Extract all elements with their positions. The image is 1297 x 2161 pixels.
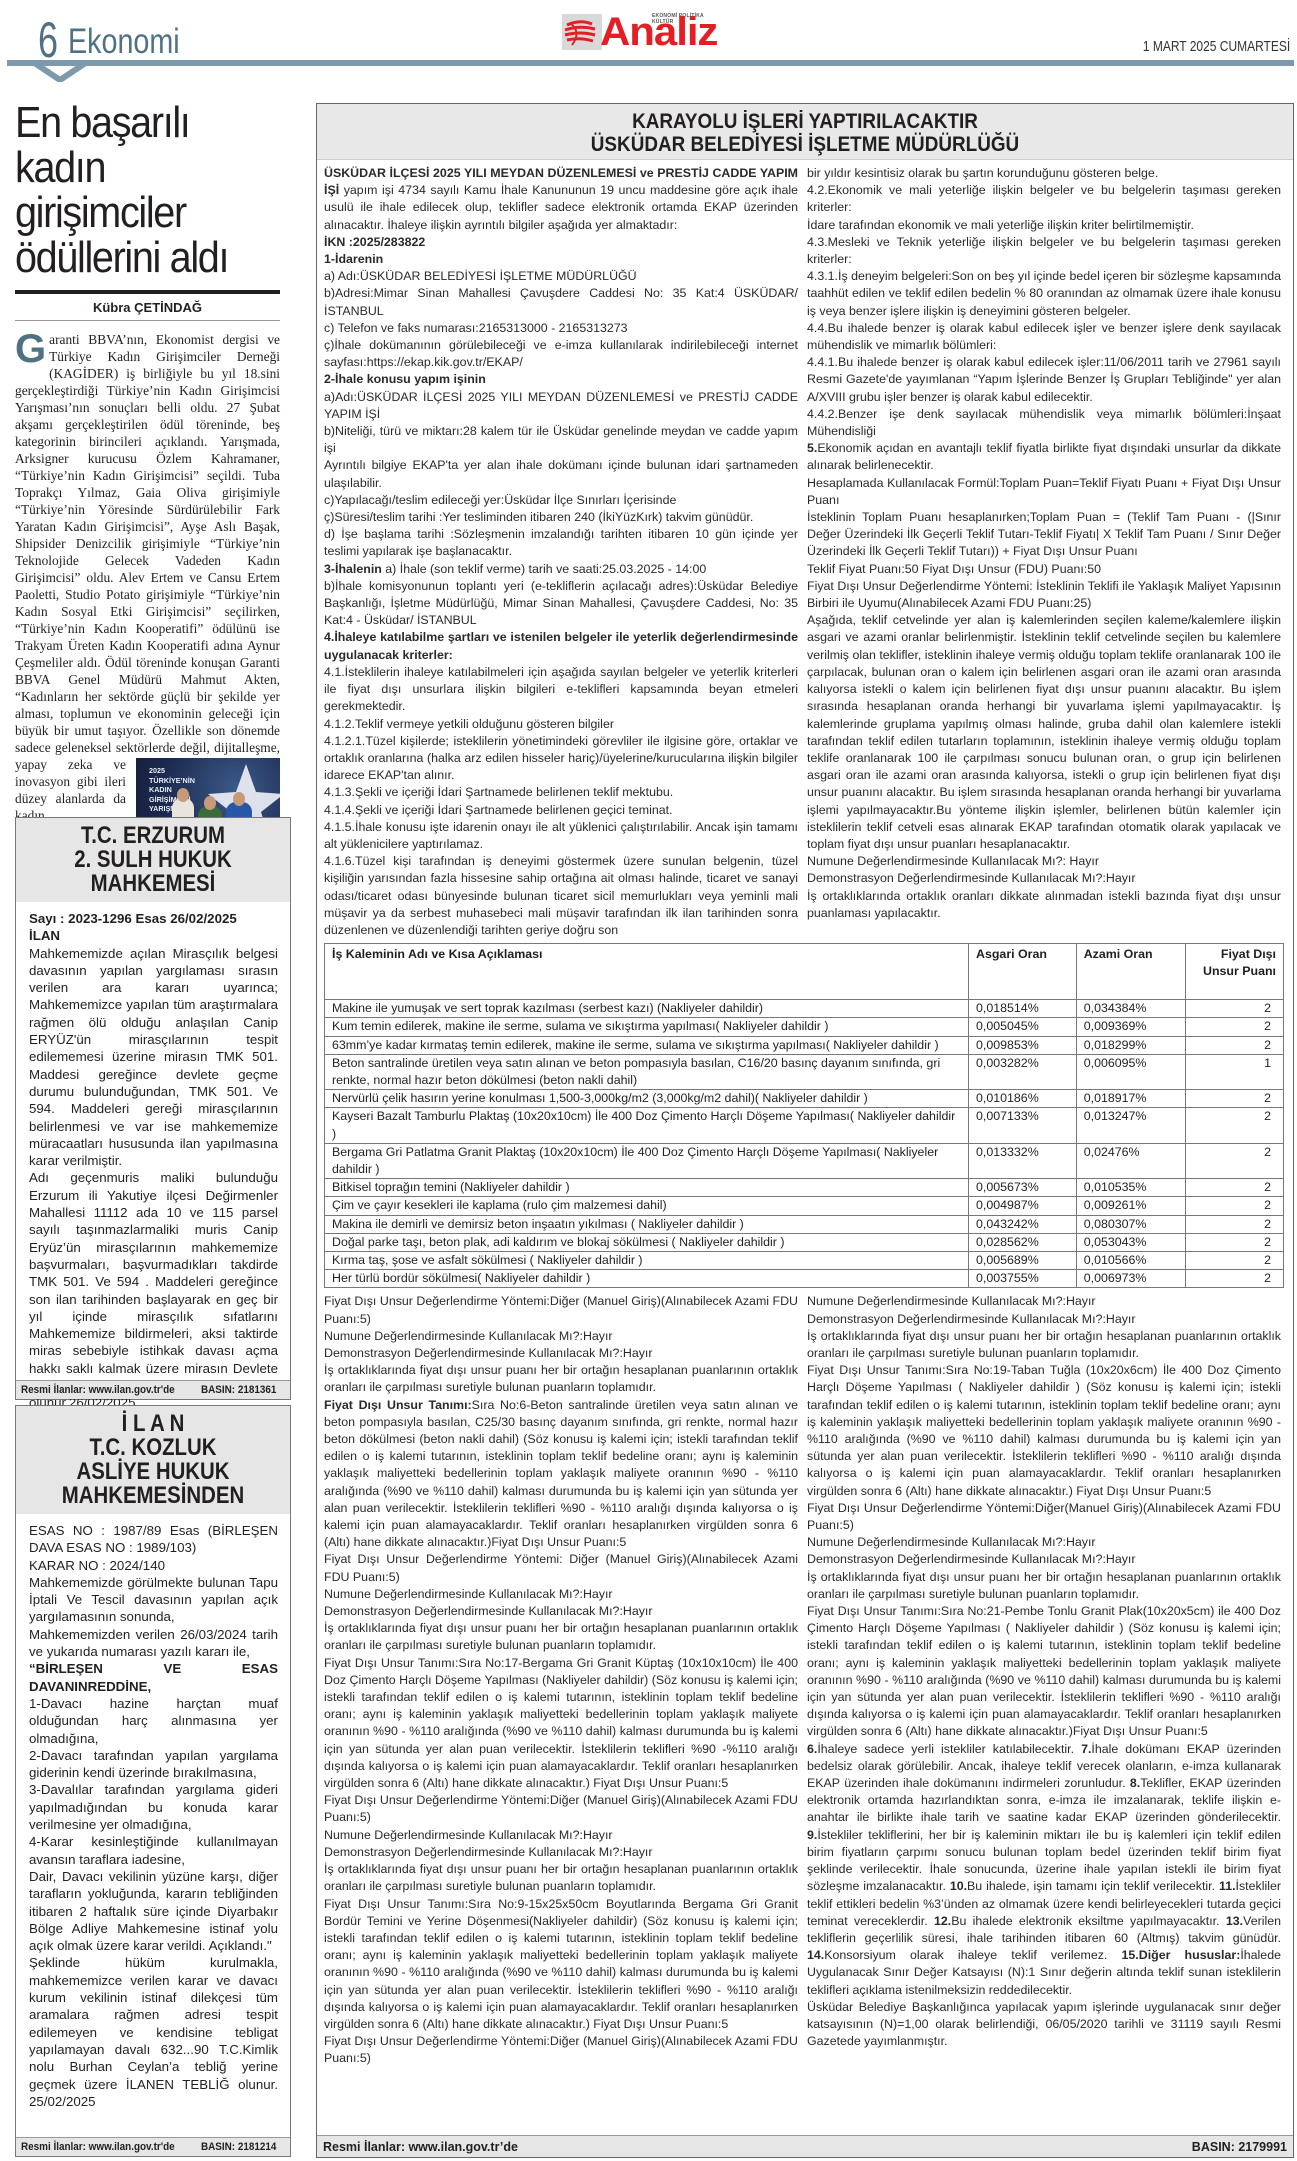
table-cell-name: Bergama Gri Patlatma Granit Plaktaş (10x… xyxy=(325,1143,969,1178)
headline-line: En başarılı kadın xyxy=(15,100,285,190)
newspaper-logo: Analiz EKONOMİ POLİTİKA KÜLTÜR xyxy=(562,14,712,50)
table-cell-pts: 2 xyxy=(1185,1143,1283,1178)
verdict-item: 2-Davacı tarafından yapılan yargılama gi… xyxy=(29,1747,278,1782)
table-cell-pts: 2 xyxy=(1185,1215,1283,1233)
table-cell-min: 0,018514% xyxy=(969,1000,1077,1018)
table-cell-pts: 2 xyxy=(1185,1270,1283,1288)
table-cell-name: Doğal parke taşı, beton plak, adi kaldır… xyxy=(325,1233,969,1251)
table-cell-pts: 2 xyxy=(1185,1036,1283,1054)
notice-line: Mahkememizden verilen 26/03/2024 tarih v… xyxy=(29,1626,278,1661)
tender-ikn: İKN :2025/283822 xyxy=(324,234,798,251)
table-cell-name: Beton santralinde üretilen veya satın al… xyxy=(325,1054,969,1089)
work-items-table: İş Kaleminin Adı ve Kısa Açıklaması Asga… xyxy=(324,943,1284,1288)
table-cell-name: Makina ile demirli ve demirsiz beton inş… xyxy=(325,1215,969,1233)
press-number: BASIN: 2181214 xyxy=(201,2141,276,2153)
table-cell-max: 0,010535% xyxy=(1076,1179,1185,1197)
press-number: BASIN: 2181361 xyxy=(201,1384,276,1396)
verdict-item: 4-Karar kesinleştiğinde kullanılmayan av… xyxy=(29,1833,278,1868)
notice-title: T.C. ERZURUM 2. SULH HUKUK MAHKEMESİ xyxy=(16,818,290,902)
drop-cap: G xyxy=(15,332,46,366)
notice-line: Mahkememizde görülmekte bulunan Tapu İpt… xyxy=(29,1574,278,1626)
table-cell-name: Nervürlü çelik hasırın yerine konulması … xyxy=(325,1090,969,1108)
notice-paragraph: Mahkememizde açılan Mirasçılık belgesi d… xyxy=(29,945,278,1170)
table-cell-min: 0,003282% xyxy=(969,1054,1077,1089)
table-cell-max: 0,009369% xyxy=(1076,1018,1185,1036)
table-cell-max: 0,006095% xyxy=(1076,1054,1185,1089)
table-cell-max: 0,018917% xyxy=(1076,1090,1185,1108)
headline-line: ödüllerini aldı xyxy=(15,235,285,280)
verdict-item: 3-Davalılar tarafından yargılama gideri … xyxy=(29,1781,278,1833)
table-row: Kırma taş, şose ve asfalt sökülmesi ( Na… xyxy=(325,1251,1284,1269)
table-cell-max: 0,006973% xyxy=(1076,1270,1185,1288)
headline-rule xyxy=(15,290,280,294)
table-row: Doğal parke taşı, beton plak, adi kaldır… xyxy=(325,1233,1284,1251)
table-cell-max: 0,053043% xyxy=(1076,1233,1185,1251)
erzurum-court-notice: T.C. ERZURUM 2. SULH HUKUK MAHKEMESİ Say… xyxy=(15,817,291,1400)
article: En başarılı kadın girişimciler ödüllerin… xyxy=(15,100,280,875)
table-cell-pts: 2 xyxy=(1185,1090,1283,1108)
headline-line: girişimciler xyxy=(15,190,285,235)
table-cell-min: 0,010186% xyxy=(969,1090,1077,1108)
table-cell-min: 0,013332% xyxy=(969,1143,1077,1178)
table-row: Beton santralinde üretilen veya satın al… xyxy=(325,1054,1284,1089)
section-title: Ekonomi xyxy=(68,22,180,62)
article-headline: En başarılı kadın girişimciler ödüllerin… xyxy=(15,100,285,280)
table-cell-min: 0,043242% xyxy=(969,1215,1077,1233)
tender-lower-columns: Fiyat Dışı Unsur Değerlendirme Yöntemi:D… xyxy=(317,1288,1293,2067)
table-cell-name: Bitkisel toprağın temini (Nakliyeler dah… xyxy=(325,1179,969,1197)
person-head xyxy=(204,796,216,810)
table-cell-min: 0,005689% xyxy=(969,1251,1077,1269)
tender-upper-columns: ÜSKÜDAR İLÇESİ 2025 YILI MEYDAN DÜZENLEM… xyxy=(317,160,1293,939)
table-cell-min: 0,004987% xyxy=(969,1197,1077,1215)
header-rule xyxy=(7,60,1294,66)
notice-line: ESAS NO : 1987/89 Esas (BİRLEŞEN DAVA ES… xyxy=(29,1522,278,1557)
kozluk-court-notice: İ L A N T.C. KOZLUK ASLİYE HUKUK MAHKEME… xyxy=(15,1405,291,2157)
verdict-item: Dair, Davacı vekilinin yüzüne karşı, diğ… xyxy=(29,1868,278,1954)
table-cell-min: 0,003755% xyxy=(969,1270,1077,1288)
verdict-item: 1-Davacı hazine harçtan muaf olduğundan … xyxy=(29,1695,278,1747)
table-row: Kayseri Bazalt Tamburlu Plaktaş (10x20x1… xyxy=(325,1108,1284,1143)
table-header: İş Kaleminin Adı ve Kısa Açıklaması Asga… xyxy=(325,944,1284,1000)
table-cell-name: Çim ve çayır kesekleri ile kaplama (rulo… xyxy=(325,1197,969,1215)
table-cell-max: 0,080307% xyxy=(1076,1215,1185,1233)
table-row: 63mm’ye kadar kırmataş temin edilerek, m… xyxy=(325,1036,1284,1054)
table-cell-min: 0,007133% xyxy=(969,1108,1077,1143)
article-body: Garanti BBVA’nın, Ekonomist dergisi ve T… xyxy=(15,331,280,875)
table-cell-min: 0,005045% xyxy=(969,1018,1077,1036)
table-cell-pts: 2 xyxy=(1185,1179,1283,1197)
person-head xyxy=(177,788,189,802)
notice-body: ESAS NO : 1987/89 Esas (BİRLEŞEN DAVA ES… xyxy=(16,1514,290,2116)
table-cell-max: 0,013247% xyxy=(1076,1108,1185,1143)
case-number: Sayı : 2023-1296 Esas 26/02/2025 xyxy=(29,910,278,927)
table-row: Çim ve çayır kesekleri ile kaplama (rulo… xyxy=(325,1197,1284,1215)
table-cell-pts: 2 xyxy=(1185,1197,1283,1215)
table-cell-name: Kayseri Bazalt Tamburlu Plaktaş (10x20x1… xyxy=(325,1108,969,1143)
tender-footer: Resmi İlanlar: www.ilan.gov.tr’de BASIN:… xyxy=(317,2135,1293,2157)
table-cell-max: 0,018299% xyxy=(1076,1036,1185,1054)
official-ads-link[interactable]: Resmi İlanlar: www.ilan.gov.tr'de xyxy=(21,2141,175,2153)
person-head xyxy=(233,792,245,806)
table-row: Makina ile demirli ve demirsiz beton inş… xyxy=(325,1215,1284,1233)
table-cell-min: 0,028562% xyxy=(969,1233,1077,1251)
table-cell-max: 0,009261% xyxy=(1076,1197,1185,1215)
tender-notice: KARAYOLU İŞLERİ YAPTIRILACAKTIR ÜSKÜDAR … xyxy=(316,103,1294,2158)
tender-left-column: ÜSKÜDAR İLÇESİ 2025 YILI MEYDAN DÜZENLEM… xyxy=(324,165,798,939)
notice-footer: Resmi İlanlar: www.ilan.gov.tr'de BASIN:… xyxy=(16,2137,290,2156)
tender-lower-right: Numune Değerlendirmesinde Kullanılacak M… xyxy=(807,1293,1281,2067)
notice-title: İ L A N T.C. KOZLUK ASLİYE HUKUK MAHKEME… xyxy=(16,1406,290,1514)
table-cell-name: Her türlü bordür sökülmesi( Nakliyeler d… xyxy=(325,1270,969,1288)
table-cell-pts: 2 xyxy=(1185,1233,1283,1251)
tender-final-clauses: 6.İhaleye sadece yerli istekliler katıla… xyxy=(807,1741,1281,1999)
byline: Kübra ÇETİNDAĞ xyxy=(15,300,280,321)
official-ads-link[interactable]: Resmi İlanlar: www.ilan.gov.tr’de xyxy=(323,2140,518,2154)
verdict-heading: “BİRLEŞEN VE ESAS DAVANINREDDİNE, xyxy=(29,1660,278,1695)
table-cell-pts: 2 xyxy=(1185,1251,1283,1269)
table-row: Makine ile yumuşak ve sert toprak kazılm… xyxy=(325,1000,1284,1018)
globe-icon xyxy=(562,15,598,49)
notice-paragraph: Adı geçenmuris maliki bulunduğu Erzurum … xyxy=(29,1169,278,1411)
table-cell-name: 63mm’ye kadar kırmataş temin edilerek, m… xyxy=(325,1036,969,1054)
table-cell-pts: 2 xyxy=(1185,1018,1283,1036)
tender-title: KARAYOLU İŞLERİ YAPTIRILACAKTIR ÜSKÜDAR … xyxy=(317,104,1293,160)
verdict-item: Şeklinde hüküm kurulmakla, mahkememizce … xyxy=(29,1954,278,2110)
table-cell-max: 0,010566% xyxy=(1076,1251,1185,1269)
table-cell-name: Kırma taş, şose ve asfalt sökülmesi ( Na… xyxy=(325,1251,969,1269)
table-cell-min: 0,009853% xyxy=(969,1036,1077,1054)
table-row: Bitkisel toprağın temini (Nakliyeler dah… xyxy=(325,1179,1284,1197)
notice-footer: Resmi İlanlar: www.ilan.gov.tr'de BASIN:… xyxy=(16,1380,290,1399)
table-row: Her türlü bordür sökülmesi( Nakliyeler d… xyxy=(325,1270,1284,1288)
logo-tagline: EKONOMİ POLİTİKA KÜLTÜR xyxy=(652,13,712,25)
table-cell-max: 0,034384% xyxy=(1076,1000,1185,1018)
table-cell-max: 0,02476% xyxy=(1076,1143,1185,1178)
press-number: BASIN: 2179991 xyxy=(1192,2140,1287,2154)
table-row: Kum temin edilerek, makine ile serme, su… xyxy=(325,1018,1284,1036)
masthead: 6 Ekonomi Analiz EKONOMİ POLİTİKA KÜLTÜR… xyxy=(0,0,1297,80)
table-cell-name: Kum temin edilerek, makine ile serme, su… xyxy=(325,1018,969,1036)
table-cell-name: Makine ile yumuşak ve sert toprak kazılm… xyxy=(325,1000,969,1018)
notice-body: Sayı : 2023-1296 Esas 26/02/2025 İLAN Ma… xyxy=(16,902,290,1418)
tender-lower-left: Fiyat Dışı Unsur Değerlendirme Yöntemi:D… xyxy=(324,1293,798,2067)
table-cell-pts: 2 xyxy=(1185,1000,1283,1018)
notice-line: KARAR NO : 2024/140 xyxy=(29,1557,278,1574)
official-ads-link[interactable]: Resmi İlanlar: www.ilan.gov.tr'de xyxy=(21,1384,175,1396)
article-text: aranti BBVA’nın, Ekonomist dergisi ve Tü… xyxy=(15,332,280,755)
issue-date: 1 MART 2025 CUMARTESİ xyxy=(1143,38,1290,55)
tender-right-column: bir yıldır kesintisiz olarak bu şartın k… xyxy=(807,165,1281,939)
table-row: Bergama Gri Patlatma Granit Plaktaş (10x… xyxy=(325,1143,1284,1178)
table-cell-pts: 2 xyxy=(1185,1108,1283,1143)
table-cell-min: 0,005673% xyxy=(969,1179,1077,1197)
notice-label: İLAN xyxy=(29,927,278,944)
table-cell-pts: 1 xyxy=(1185,1054,1283,1089)
table-row: Nervürlü çelik hasırın yerine konulması … xyxy=(325,1090,1284,1108)
